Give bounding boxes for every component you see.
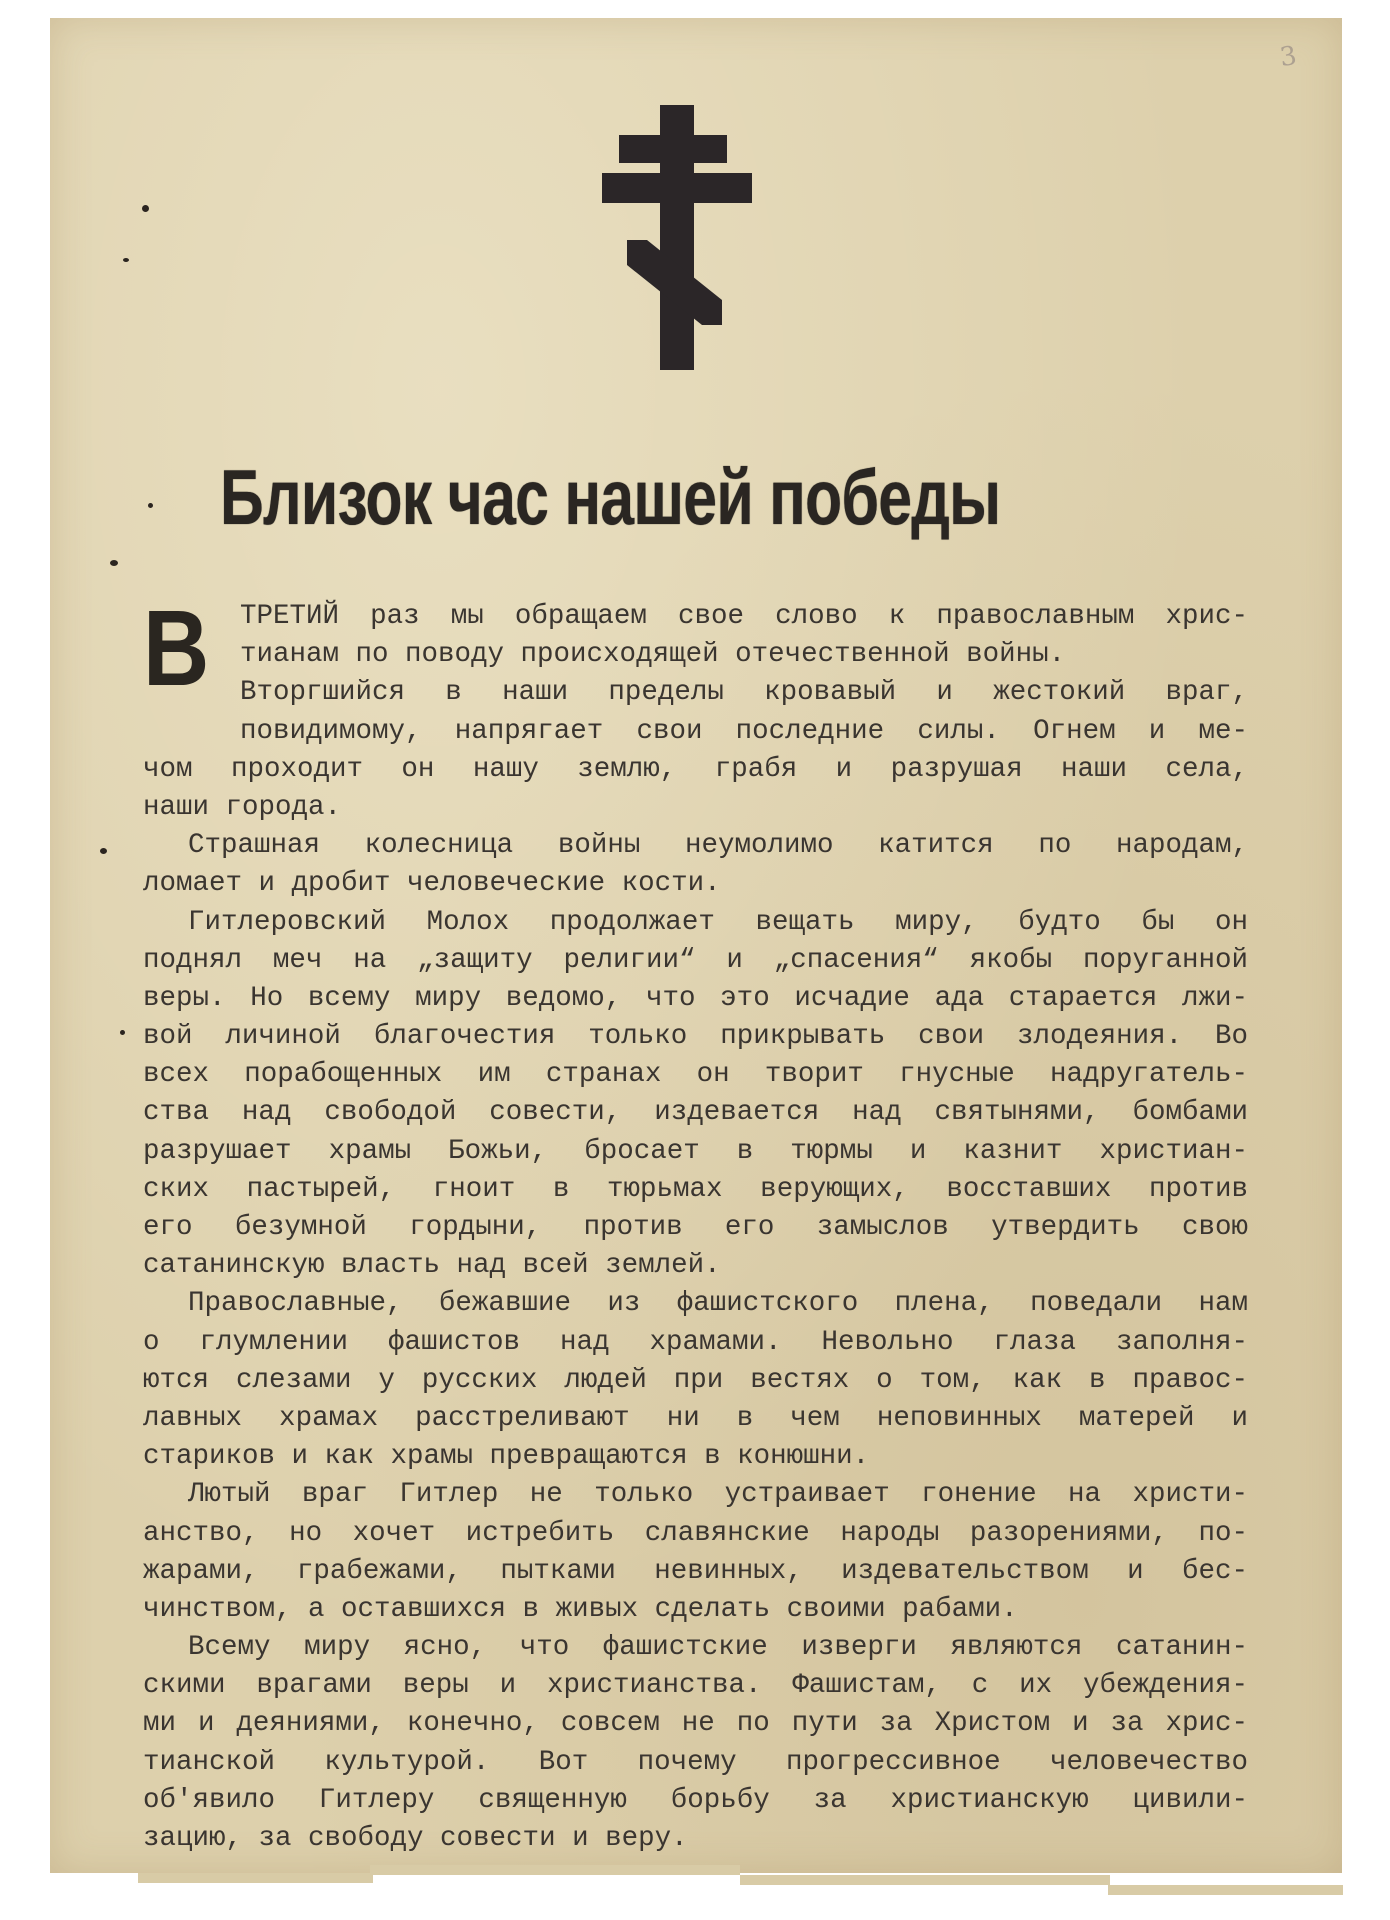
text-line: об'явило Гитлеру священную борьбу за хри…: [143, 1782, 1248, 1820]
text-line: Гитлеровский Молох продолжает вещать мир…: [143, 904, 1248, 942]
text-line: Лютый враг Гитлер не только устраивает г…: [143, 1476, 1248, 1514]
paper-edge: [138, 1873, 373, 1883]
text-line: Вторгшийся в наши пределы кровавый и жес…: [143, 674, 1248, 712]
text-line: зацию, за свободу совести и веру.: [143, 1820, 1248, 1858]
text-line: лавных храмах расстреливают ни в чем неп…: [143, 1400, 1248, 1438]
text-line: Страшная колесница войны неумолимо катит…: [143, 827, 1248, 865]
paper-edge: [370, 1865, 740, 1875]
page-title: Близок час нашей победы: [220, 452, 969, 543]
ink-speck: [120, 1030, 125, 1035]
article-body: ТРЕТИЙ раз мы обращаем свое слово к прав…: [143, 598, 1248, 1858]
paper-edge: [1108, 1885, 1343, 1895]
text-line: скими врагами веры и христианства. Фашис…: [143, 1667, 1248, 1705]
text-line: ских пастырей, гноит в тюрьмах верующих,…: [143, 1171, 1248, 1209]
text-line: чинством, а оставшихся в живых сделать с…: [143, 1591, 1248, 1629]
text-line: вой личиной благочестия только прикрыват…: [143, 1018, 1248, 1056]
text-line: наши города.: [143, 789, 1248, 827]
ink-speck: [123, 258, 129, 262]
text-line: поднял меч на „защиту религии“ и „спасен…: [143, 942, 1248, 980]
text-line: ства над свободой совести, издевается на…: [143, 1094, 1248, 1132]
text-line: Православные, бежавшие из фашистского пл…: [143, 1285, 1248, 1323]
text-line: анство, но хочет истребить славянские на…: [143, 1515, 1248, 1553]
text-line: Всему миру ясно, что фашистские изверги …: [143, 1629, 1248, 1667]
text-line: всех порабощенных им странах он творит г…: [143, 1056, 1248, 1094]
text-line: жарами, грабежами, пытками невинных, изд…: [143, 1553, 1248, 1591]
text-line: веры. Но всему миру ведомо, что это исча…: [143, 980, 1248, 1018]
orthodox-cross-icon: [602, 105, 762, 370]
text-line: ются слезами у русских людей при вестях …: [143, 1362, 1248, 1400]
ink-speck: [148, 503, 153, 508]
text-line: тианам по поводу происходящей отечествен…: [143, 636, 1248, 674]
text-line: о глумлении фашистов над храмами. Неволь…: [143, 1324, 1248, 1362]
text-line: тианской культурой. Вот почему прогресси…: [143, 1744, 1248, 1782]
text-line: ТРЕТИЙ раз мы обращаем свое слово к прав…: [143, 598, 1248, 636]
ink-speck: [110, 560, 118, 566]
text-line: ми и деяниями, конечно, совсем не по пут…: [143, 1705, 1248, 1743]
text-line: стариков и как храмы превращаются в коню…: [143, 1438, 1248, 1476]
text-line: его безумной гордыни, против его замысло…: [143, 1209, 1248, 1247]
text-line: повидимому, напрягает свои последние сил…: [143, 713, 1248, 751]
text-line: разрушает храмы Божьи, бросает в тюрмы и…: [143, 1133, 1248, 1171]
text-line: ломает и дробит человеческие кости.: [143, 865, 1248, 903]
text-line: чом проходит он нашу землю, грабя и разр…: [143, 751, 1248, 789]
paper-edge: [740, 1875, 1110, 1885]
text-line: сатанинскую власть над всей землей.: [143, 1247, 1248, 1285]
ink-speck: [100, 848, 107, 854]
ink-speck: [142, 205, 149, 212]
